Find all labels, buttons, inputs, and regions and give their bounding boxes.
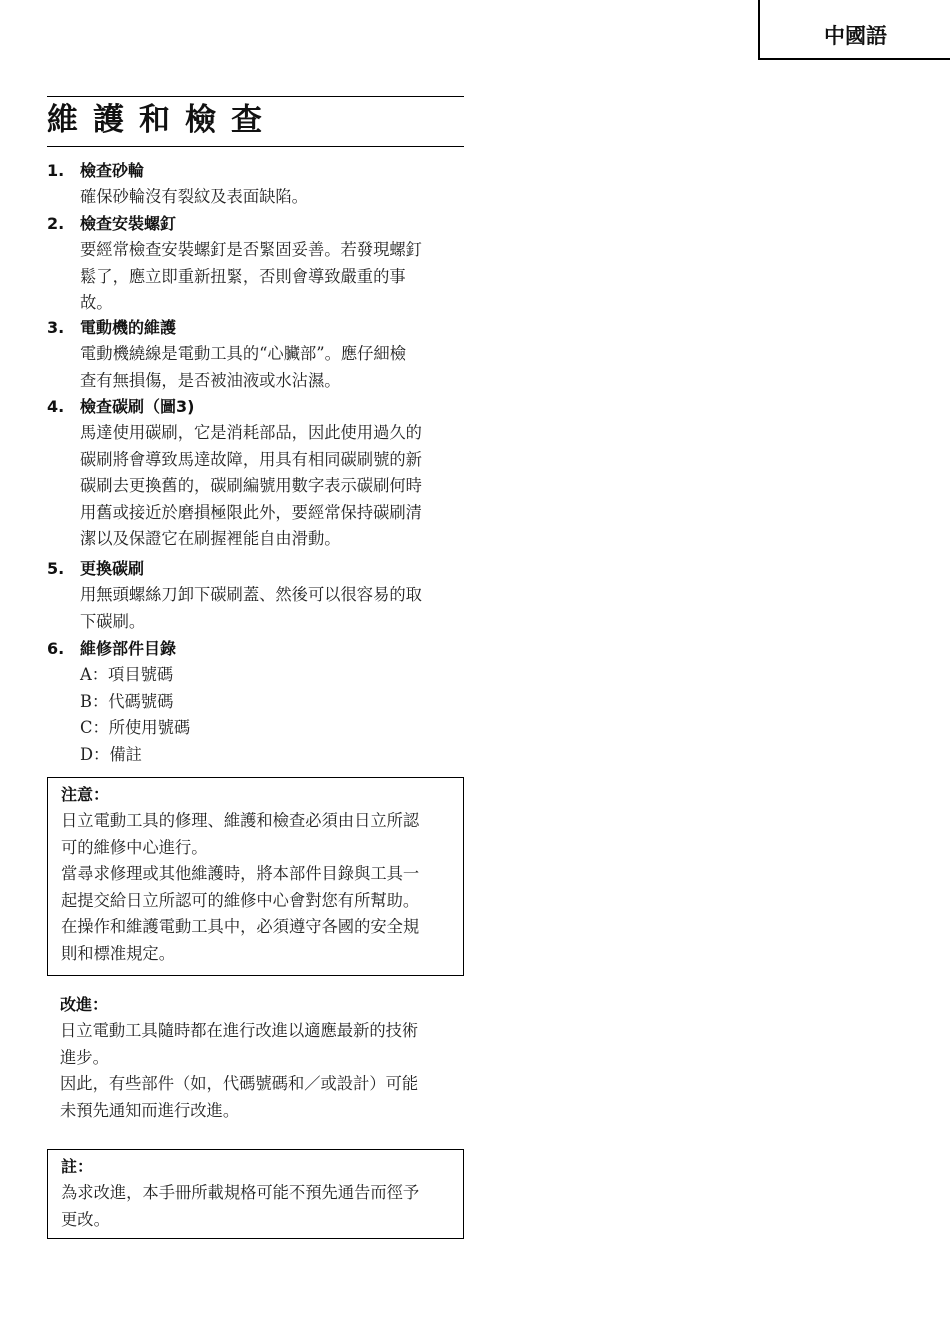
body-line: 鬆了，應立即重新扭緊，否則會導致嚴重的事 bbox=[80, 264, 466, 291]
section-heading: 4.檢查碳刷（圖3) bbox=[47, 394, 467, 420]
improvement-section: 改進： 日立電動工具隨時都在進行改進以適應最新的技術 進步。 因此，有些部件（如… bbox=[47, 992, 464, 1124]
section-body: 馬達使用碳刷，它是消耗部品，因此使用過久的 碳刷將會導致馬達故障，用具有相同碳刷… bbox=[80, 420, 466, 553]
section-title: 檢查碳刷（圖3) bbox=[80, 397, 194, 416]
section-heading: 5.更換碳刷 bbox=[47, 556, 467, 582]
body-line: 為求改進，本手冊所載規格可能不預先通告而徑予 bbox=[61, 1180, 453, 1207]
section-6: 6.維修部件目錄 A：項目號碼 B：代碼號碼 C：所使用號碼 D：備註 bbox=[47, 636, 467, 768]
section-number: 2. bbox=[47, 211, 80, 237]
note-heading: 註： bbox=[61, 1154, 453, 1180]
body-line: 日立電動工具的修理、維護和檢查必須由日立所認 bbox=[61, 808, 453, 835]
language-label: 中國語 bbox=[824, 20, 887, 50]
body-line: 在操作和維護電動工具中，必須遵守各國的安全規 bbox=[61, 914, 453, 941]
body-line: 電動機繞線是電動工具的“心臟部”。應仔細檢 bbox=[80, 341, 466, 368]
body-line: 日立電動工具隨時都在進行改進以適應最新的技術 bbox=[60, 1018, 454, 1045]
body-line: 因此，有些部件（如，代碼號碼和／或設計）可能 bbox=[60, 1071, 454, 1098]
legend-item-b: B：代碼號碼 bbox=[80, 689, 467, 716]
title-bottom-rule bbox=[47, 146, 464, 147]
body-line: 用舊或接近於磨損極限此外，要經常保持碳刷清 bbox=[80, 500, 466, 527]
section-heading: 1.檢查砂輪 bbox=[47, 158, 467, 184]
section-number: 5. bbox=[47, 556, 80, 582]
caution-box: 注意： 日立電動工具的修理、維護和檢查必須由日立所認 可的維修中心進行。 當尋求… bbox=[47, 777, 464, 976]
body-line: 下碳刷。 bbox=[80, 609, 466, 636]
body-line: 碳刷將會導致馬達故障，用具有相同碳刷號的新 bbox=[80, 447, 466, 474]
section-title: 更換碳刷 bbox=[80, 559, 144, 578]
body-line: 查有無損傷，是否被油液或水沾濕。 bbox=[80, 368, 466, 395]
note-body: 為求改進，本手冊所載規格可能不預先通告而徑予 更改。 bbox=[61, 1180, 453, 1233]
section-2: 2.檢查安裝螺釘 要經常檢查安裝螺釘是否緊固妥善。若發現螺釘 鬆了，應立即重新扭… bbox=[47, 211, 467, 317]
section-5: 5.更換碳刷 用無頭螺絲刀卸下碳刷蓋、然後可以很容易的取 下碳刷。 bbox=[47, 556, 467, 635]
section-title: 檢查安裝螺釘 bbox=[80, 214, 176, 233]
section-3: 3.電動機的維護 電動機繞線是電動工具的“心臟部”。應仔細檢 查有無損傷，是否被… bbox=[47, 315, 467, 394]
section-heading: 6.維修部件目錄 bbox=[47, 636, 467, 662]
section-title: 檢查砂輪 bbox=[80, 161, 144, 180]
legend-item-d: D：備註 bbox=[80, 742, 467, 769]
section-heading: 3.電動機的維護 bbox=[47, 315, 467, 341]
body-line: 未預先通知而進行改進。 bbox=[60, 1098, 454, 1125]
body-line: 起提交給日立所認可的維修中心會對您有所幫助。 bbox=[61, 888, 453, 915]
section-number: 1. bbox=[47, 158, 80, 184]
caution-body: 日立電動工具的修理、維護和檢查必須由日立所認 可的維修中心進行。 當尋求修理或其… bbox=[61, 808, 453, 967]
section-body: 確保砂輪沒有裂紋及表面缺陷。 bbox=[80, 184, 466, 211]
section-title: 維修部件目錄 bbox=[80, 639, 176, 658]
title-top-rule bbox=[47, 96, 464, 97]
legend-item-a: A：項目號碼 bbox=[80, 662, 467, 689]
section-number: 6. bbox=[47, 636, 80, 662]
section-body: 要經常檢查安裝螺釘是否緊固妥善。若發現螺釘 鬆了，應立即重新扭緊，否則會導致嚴重… bbox=[80, 237, 466, 317]
section-4: 4.檢查碳刷（圖3) 馬達使用碳刷，它是消耗部品，因此使用過久的 碳刷將會導致馬… bbox=[47, 394, 467, 553]
body-line: 進步。 bbox=[60, 1045, 454, 1072]
improvement-heading: 改進： bbox=[60, 992, 454, 1018]
body-line: 故。 bbox=[80, 290, 466, 317]
body-line: 則和標准規定。 bbox=[61, 941, 453, 968]
body-line: 碳刷去更換舊的，碳刷編號用數字表示碳刷何時 bbox=[80, 473, 466, 500]
note-box: 註： 為求改進，本手冊所載規格可能不預先通告而徑予 更改。 bbox=[47, 1149, 464, 1239]
body-line: 當尋求修理或其他維護時，將本部件目錄與工具一 bbox=[61, 861, 453, 888]
section-body: 用無頭螺絲刀卸下碳刷蓋、然後可以很容易的取 下碳刷。 bbox=[80, 582, 466, 635]
body-line: 要經常檢查安裝螺釘是否緊固妥善。若發現螺釘 bbox=[80, 237, 466, 264]
section-body: 電動機繞線是電動工具的“心臟部”。應仔細檢 查有無損傷，是否被油液或水沾濕。 bbox=[80, 341, 466, 394]
section-number: 4. bbox=[47, 394, 80, 420]
language-tab: 中國語 bbox=[758, 0, 950, 60]
page-title: 維護和檢查 bbox=[47, 100, 277, 140]
body-line: 用無頭螺絲刀卸下碳刷蓋、然後可以很容易的取 bbox=[80, 582, 466, 609]
section-heading: 2.檢查安裝螺釘 bbox=[47, 211, 467, 237]
improvement-body: 日立電動工具隨時都在進行改進以適應最新的技術 進步。 因此，有些部件（如，代碼號… bbox=[60, 1018, 454, 1124]
body-line: 更改。 bbox=[61, 1207, 453, 1234]
section-number: 3. bbox=[47, 315, 80, 341]
body-line: 確保砂輪沒有裂紋及表面缺陷。 bbox=[80, 184, 466, 211]
section-1: 1.檢查砂輪 確保砂輪沒有裂紋及表面缺陷。 bbox=[47, 158, 467, 211]
body-line: 可的維修中心進行。 bbox=[61, 835, 453, 862]
legend-item-c: C：所使用號碼 bbox=[80, 715, 467, 742]
section-title: 電動機的維護 bbox=[80, 318, 176, 337]
parts-list-legend: A：項目號碼 B：代碼號碼 C：所使用號碼 D：備註 bbox=[80, 662, 467, 768]
body-line: 潔以及保證它在刷握裡能自由滑動。 bbox=[80, 526, 466, 553]
body-line: 馬達使用碳刷，它是消耗部品，因此使用過久的 bbox=[80, 420, 466, 447]
caution-heading: 注意： bbox=[61, 782, 453, 808]
